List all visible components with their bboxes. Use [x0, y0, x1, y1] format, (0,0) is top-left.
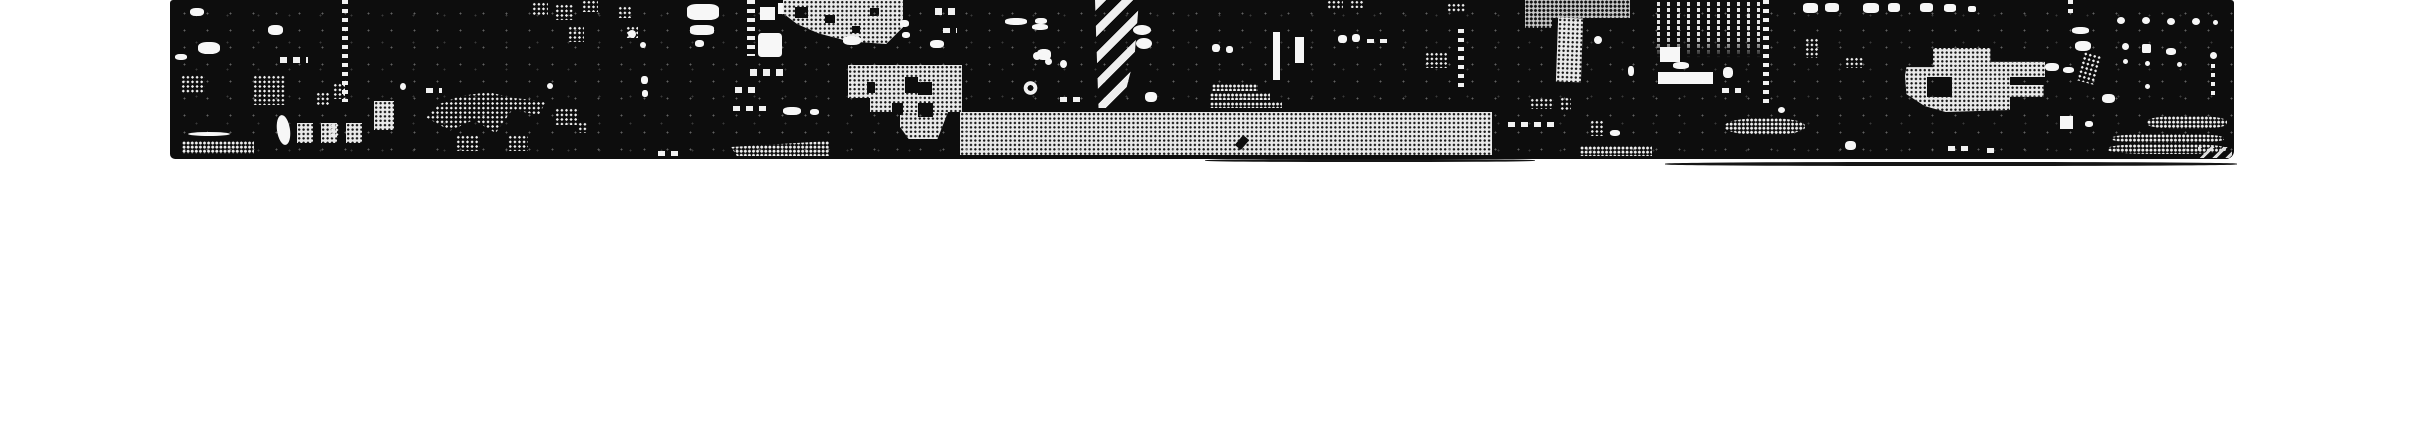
signage-dash: [1367, 39, 1389, 43]
sign-glyph: [825, 15, 835, 23]
dot-blob: [1845, 57, 1863, 68]
speck: [2122, 43, 2129, 50]
dot-blob: [582, 0, 598, 12]
facade-window: [905, 77, 918, 93]
dot-blob: [2076, 51, 2101, 85]
water-ripple: [2112, 134, 2224, 143]
lit-window: [690, 25, 714, 35]
speck: [188, 132, 230, 136]
sign-glyph: [870, 8, 879, 16]
speck: [1944, 4, 1956, 12]
speck: [2085, 121, 2093, 127]
signage-dash: [1060, 97, 1085, 102]
dot-blob: [456, 135, 480, 151]
dot-blob: [181, 75, 205, 94]
dot-blob: [1530, 98, 1554, 109]
dot-blob: [568, 26, 584, 42]
speck: [1594, 36, 1602, 44]
speck: [1033, 52, 1041, 60]
dot-blob: [330, 123, 340, 138]
speck: [640, 42, 646, 48]
speck: [1133, 25, 1151, 35]
facade-window: [892, 103, 903, 115]
dot-blob: [1560, 97, 1571, 110]
light-ring: [1022, 80, 1039, 96]
lit-window: [374, 101, 394, 130]
speck: [1447, 3, 1465, 13]
dot-blob: [333, 83, 345, 99]
speck: [1350, 0, 1364, 8]
speck: [2166, 48, 2176, 55]
speck: [1032, 24, 1048, 30]
signage-dash: [426, 88, 442, 93]
lit-window: [297, 123, 313, 143]
dot-band: [731, 141, 829, 156]
light-string: [1210, 102, 1282, 108]
speck: [810, 109, 819, 115]
speck: [268, 25, 283, 35]
speck: [2045, 63, 2059, 71]
light-string: [1212, 84, 1258, 91]
speck: [2213, 20, 2218, 25]
speck: [2145, 61, 2150, 66]
speck: [547, 83, 553, 89]
dot-band: [182, 141, 254, 154]
speck: [2192, 18, 2200, 25]
speck: [1803, 3, 1818, 13]
street-pole: [1763, 0, 1769, 104]
vehicle-shape: [1905, 46, 2045, 112]
speck: [1825, 3, 1839, 12]
speck: [1863, 3, 1879, 13]
speck: [1610, 130, 1620, 136]
facade-notch: [848, 98, 870, 112]
dot-blob: [1805, 38, 1818, 58]
speck: [1723, 67, 1733, 78]
sign-glyph: [852, 26, 860, 33]
lit-window: [1295, 37, 1304, 63]
speck: [2063, 67, 2074, 73]
speck: [783, 107, 801, 115]
signage-dash: [935, 8, 955, 15]
dot-blob: [618, 6, 632, 18]
dot-blob: [1425, 52, 1447, 68]
dot-blob: [578, 122, 587, 133]
speck: [695, 40, 704, 47]
signage-dash: [735, 87, 759, 93]
speck: [2123, 59, 2128, 64]
speck: [1035, 18, 1047, 24]
sign-glyph: [795, 7, 808, 18]
speck: [2117, 17, 2125, 24]
vertical-sign: [2068, 0, 2073, 13]
speck: [2167, 18, 2175, 25]
photo-strip: [170, 0, 2234, 159]
dot-band: [1580, 146, 1652, 156]
marquee-awning: [960, 112, 1492, 155]
facade-window: [918, 103, 933, 117]
signage-dash: [750, 69, 784, 76]
speck: [2075, 41, 2091, 51]
speck: [1005, 18, 1027, 25]
speck: [1327, 0, 1343, 10]
signage-dash: [1508, 122, 1560, 127]
speck: [930, 40, 944, 48]
rooftop-band: [1525, 0, 1552, 28]
lit-window: [758, 33, 782, 57]
corner-hatch: [2198, 147, 2232, 158]
zebra-stripe-sign: [1095, 0, 1139, 108]
speckle-blob: [426, 92, 546, 134]
speck: [641, 76, 648, 84]
speck: [198, 42, 220, 54]
lit-window: [1660, 47, 1680, 62]
vertical-sign: [2211, 64, 2215, 97]
dot-blob: [532, 2, 548, 16]
dot-blob: [316, 92, 330, 106]
dot-blob: [555, 4, 573, 20]
speck: [1845, 141, 1856, 150]
torn-edge-line: [1665, 162, 2237, 166]
speck: [642, 90, 648, 97]
speck: [190, 8, 204, 16]
speck: [2210, 52, 2217, 59]
speck: [1888, 3, 1900, 12]
dot-blob: [253, 75, 285, 105]
speck: [1352, 34, 1360, 42]
speck: [1968, 6, 1976, 12]
lit-window: [2060, 116, 2073, 129]
speck: [1060, 60, 1067, 68]
signage-dash: [280, 57, 308, 63]
lit-window: [346, 123, 362, 143]
speck: [2142, 17, 2150, 24]
torn-edge-line: [1205, 159, 1535, 162]
water-ripple: [2147, 116, 2227, 129]
speck: [2177, 62, 2182, 67]
lit-window: [760, 7, 775, 20]
signage-dash: [1722, 88, 1741, 93]
speck: [1136, 38, 1152, 49]
speck: [902, 32, 910, 38]
speck: [2142, 44, 2151, 53]
dot-blob: [508, 135, 528, 151]
signage-dash: [658, 151, 678, 156]
speck: [400, 83, 406, 90]
dot-blob: [1590, 120, 1604, 136]
speck: [275, 114, 292, 146]
speck: [1673, 62, 1689, 69]
lit-window: [1658, 72, 1713, 84]
speck: [1212, 44, 1220, 52]
lit-window: [687, 4, 719, 20]
vertical-sign: [747, 0, 755, 56]
speck: [1778, 107, 1785, 113]
signage-dash: [943, 28, 957, 33]
lit-window: [1273, 32, 1280, 80]
signage-dash: [733, 106, 769, 111]
vertical-sign: [1458, 29, 1464, 91]
speck: [2102, 94, 2115, 103]
speck: [2145, 84, 2150, 89]
marquee-lights-bar: [1725, 118, 1805, 135]
vehicle-window: [1927, 77, 1952, 97]
facade-window: [918, 82, 932, 95]
facade-window: [867, 82, 875, 93]
dot-blob: [555, 108, 579, 125]
speck: [1338, 35, 1347, 43]
signage-dash: [1987, 148, 1999, 153]
speck: [900, 20, 909, 27]
speck: [2072, 27, 2089, 34]
speck: [1045, 58, 1052, 65]
light-string: [1210, 93, 1270, 100]
speck: [1226, 46, 1233, 53]
speck: [1145, 92, 1157, 102]
signage-dash: [1948, 146, 1970, 151]
speck: [175, 54, 187, 60]
speck: [843, 36, 861, 45]
page: [0, 0, 2415, 440]
speck: [1920, 3, 1933, 12]
lit-billboard: [1556, 18, 1583, 83]
speck: [1628, 66, 1634, 76]
speck: [628, 30, 636, 38]
